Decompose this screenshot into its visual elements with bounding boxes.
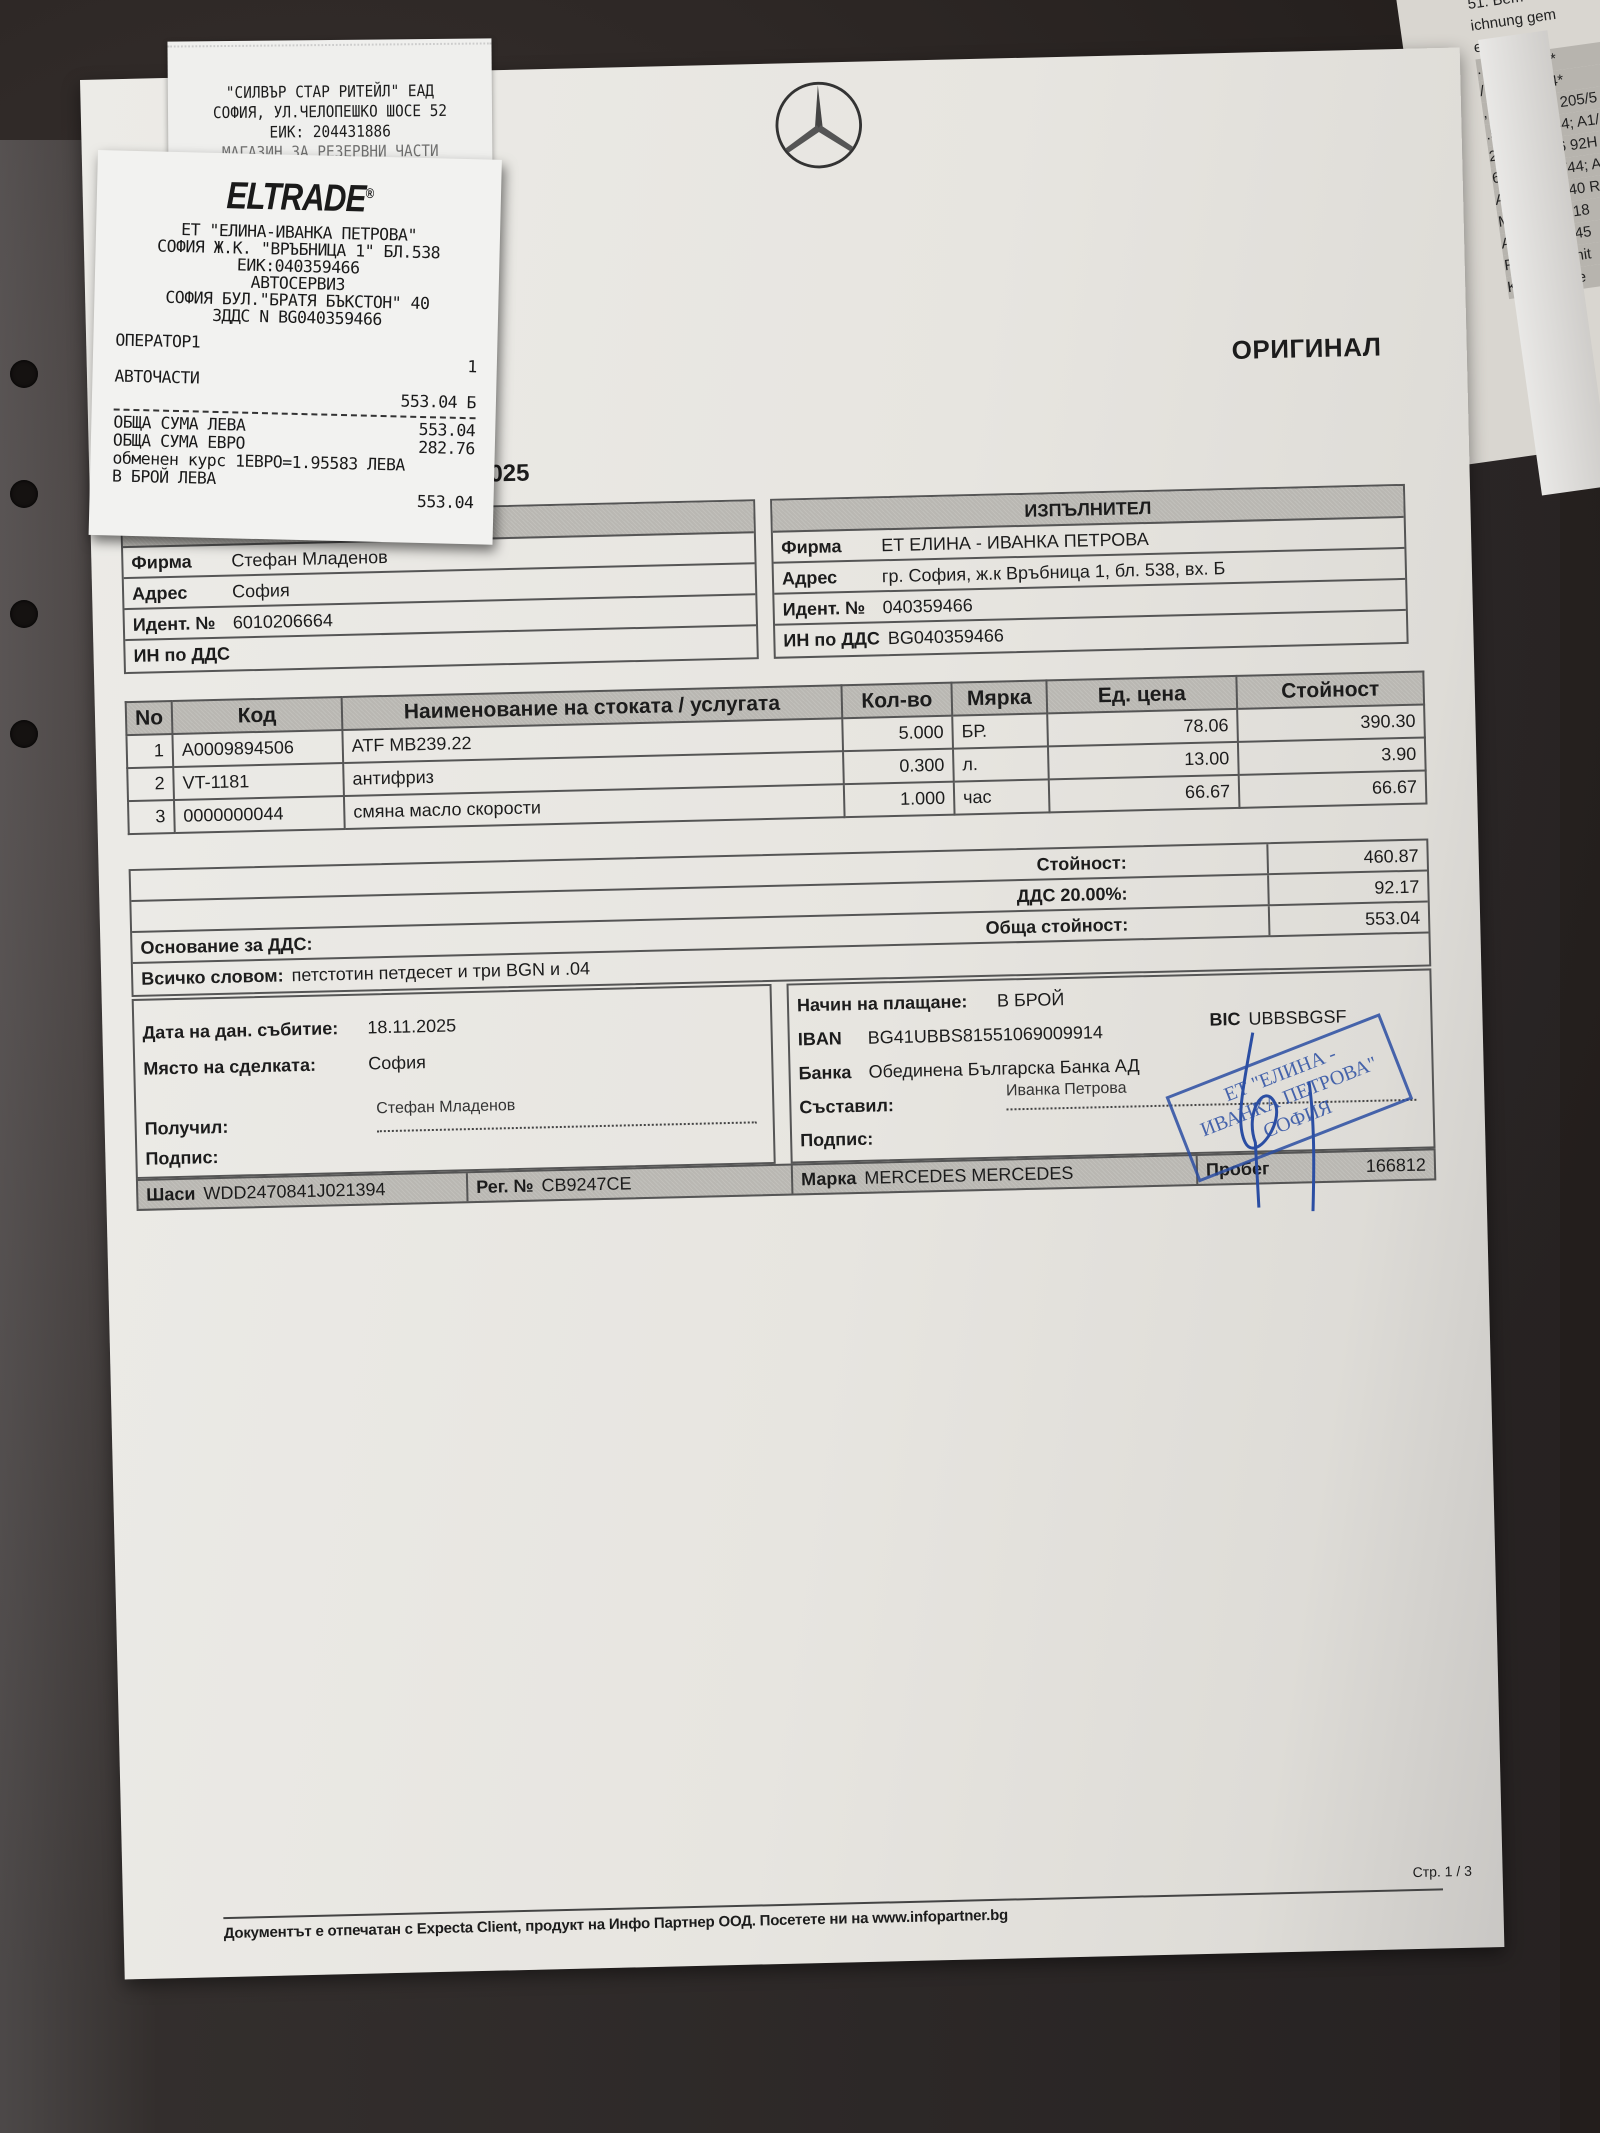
iban-value: BG41UBBS81551069009914 bbox=[868, 1022, 1104, 1048]
make-label: Марка bbox=[801, 1168, 857, 1189]
receipt-back-line: СОФИЯ, УЛ.ЧЕЛОПЕШКО ШОСЕ 52 bbox=[168, 100, 492, 123]
signature-label-text: Подпис: bbox=[145, 1147, 219, 1170]
mercedes-star-icon bbox=[770, 77, 867, 174]
item-total: 3.90 bbox=[1238, 737, 1426, 774]
item-code: VT-1181 bbox=[173, 763, 344, 800]
items-table: No Код Наименование на стоката / услугат… bbox=[125, 670, 1428, 835]
printed-by-note: Документът е отпечатан с Expecta Client,… bbox=[224, 1907, 1009, 1942]
field-label: Идент. № bbox=[132, 608, 233, 641]
item-amount: 553.04 Б bbox=[400, 392, 476, 412]
item-no: 2 bbox=[127, 767, 174, 801]
receipt-perforation bbox=[167, 38, 491, 47]
in-words-value: петстотин петдесет и три BGN и .04 bbox=[291, 958, 590, 985]
receipt-brand-logo: ELTRADE® bbox=[151, 173, 449, 223]
col-unit: Мярка bbox=[951, 680, 1047, 715]
field-label: Фирма bbox=[131, 546, 232, 579]
item-name: АВТОЧАСТИ bbox=[114, 367, 199, 387]
item-no: 1 bbox=[126, 734, 173, 768]
item-no: 3 bbox=[128, 800, 175, 834]
tax-date-value: 18.11.2025 bbox=[367, 1015, 456, 1037]
bank-value: Обединена Българска Банка АД bbox=[868, 1055, 1139, 1081]
field-label: Адрес bbox=[782, 561, 883, 594]
recipient-company: Стефан Младенов bbox=[231, 547, 388, 571]
bank-label: Банка bbox=[798, 1062, 868, 1085]
item-unit: л. bbox=[953, 746, 1049, 781]
compiled-label-text: Съставил: bbox=[799, 1095, 894, 1118]
item-price: 66.67 bbox=[1049, 775, 1240, 812]
in-words-label: Всичко словом: bbox=[141, 965, 284, 988]
item-price: 78.06 bbox=[1047, 709, 1238, 746]
item-unit: час bbox=[954, 779, 1050, 814]
field-label: Адрес bbox=[132, 577, 233, 610]
item-qty: 0.300 bbox=[843, 749, 954, 785]
punch-hole bbox=[10, 480, 38, 508]
registered-mark: ® bbox=[366, 185, 374, 201]
item-qty: 5.000 bbox=[842, 716, 953, 752]
col-no: No bbox=[126, 701, 173, 735]
item-qty: 1.000 bbox=[844, 782, 955, 818]
supplier-id: 040359466 bbox=[882, 595, 973, 617]
compiled-by-value: Иванка Петрова bbox=[1006, 1080, 1127, 1101]
item-total: 390.30 bbox=[1237, 705, 1425, 742]
punch-holes bbox=[10, 360, 50, 1660]
signature-label-text: Подпис: bbox=[800, 1129, 874, 1152]
supplier-signature-label: Подпис: bbox=[800, 1129, 874, 1152]
received-by-value: Стефан Младенов bbox=[376, 1097, 515, 1118]
total-eur-value: 282.76 bbox=[418, 439, 475, 458]
cash-value: 553.04 bbox=[417, 493, 474, 512]
fiscal-receipt: ELTRADE® ЕТ "ЕЛИНА-ИВАНКА ПЕТРОВА" СОФИЯ… bbox=[89, 150, 502, 545]
received-label: Получил: bbox=[144, 1117, 228, 1140]
item-code: A0009894506 bbox=[172, 730, 343, 767]
recipient-id: 6010206664 bbox=[233, 610, 334, 632]
page-indicator: Стр. 1 / 3 bbox=[1412, 1863, 1472, 1880]
chassis-field: ШасиWDD2470841J021394 bbox=[138, 1173, 469, 1209]
compiled-label: Съставил: bbox=[799, 1095, 894, 1118]
grand-total-label: Обща стойност: bbox=[968, 906, 1269, 942]
received-label-text: Получил: bbox=[144, 1117, 228, 1140]
chassis-label: Шаси bbox=[146, 1184, 196, 1205]
grand-total-value: 553.04 bbox=[1268, 902, 1429, 935]
supplier-address: гр. София, ж.к Връбница 1, бл. 538, вх. … bbox=[882, 558, 1226, 586]
col-price: Ед. цена bbox=[1046, 676, 1237, 713]
place-label: Място на сделката: bbox=[143, 1053, 368, 1079]
supplier-block: ИЗПЪЛНИТЕЛ ФирмаЕТ ЕЛИНА - ИВАНКА ПЕТРОВ… bbox=[770, 484, 1409, 659]
item-code: 0000000044 bbox=[174, 796, 345, 833]
reg-value: CB9247CE bbox=[541, 1173, 632, 1195]
field-label: Идент. № bbox=[782, 592, 883, 625]
field-label: Фирма bbox=[781, 530, 882, 563]
handwritten-signature-icon bbox=[1213, 1020, 1357, 1213]
place-value: София bbox=[368, 1052, 426, 1073]
payment-method-label: Начин на плащане: bbox=[797, 991, 997, 1017]
place-field: Място на сделката:София bbox=[143, 1052, 426, 1080]
col-code: Код bbox=[172, 697, 343, 734]
operator-number: 1 bbox=[467, 358, 477, 376]
field-label: ИН по ДДС bbox=[133, 639, 230, 672]
transaction-details-box: Дата на дан. събитие:18.11.2025 Място на… bbox=[132, 984, 776, 1179]
document-title-fragment: 025 bbox=[489, 460, 530, 489]
item-price: 13.00 bbox=[1048, 742, 1239, 779]
brand-text: ELTRADE bbox=[226, 175, 366, 220]
received-signature-line bbox=[377, 1121, 757, 1132]
mileage-value: 166812 bbox=[1366, 1151, 1427, 1180]
punch-hole bbox=[10, 360, 38, 388]
col-qty: Кол-во bbox=[841, 683, 952, 719]
vat-basis-label: Основание за ДДС: bbox=[140, 934, 312, 958]
reg-label: Рег. № bbox=[476, 1176, 534, 1197]
vat-value: 92.17 bbox=[1267, 871, 1428, 904]
punch-hole bbox=[10, 720, 38, 748]
operator-name: ОПЕРАТОР1 bbox=[115, 331, 200, 351]
col-total: Стойност bbox=[1236, 672, 1424, 709]
recipient-signature-label: Подпис: bbox=[145, 1147, 219, 1170]
payment-method-value: В БРОЙ bbox=[997, 989, 1065, 1011]
punch-hole bbox=[10, 600, 38, 628]
reg-field: Рег. №CB9247CE bbox=[468, 1166, 794, 1202]
make-field: МаркаMERCEDES MERCEDES bbox=[793, 1156, 1199, 1194]
cash-label: В БРОЙ ЛЕВА bbox=[112, 467, 216, 488]
payment-method-field: Начин на плащане:В БРОЙ bbox=[797, 989, 1065, 1016]
recipient-address: София bbox=[232, 580, 290, 601]
supplier-vat: BG040359466 bbox=[888, 625, 1005, 648]
chassis-value: WDD2470841J021394 bbox=[203, 1179, 386, 1203]
supplier-company: ЕТ ЕЛИНА - ИВАНКА ПЕТРОВА bbox=[881, 529, 1149, 555]
tax-date-field: Дата на дан. събитие:18.11.2025 bbox=[142, 1015, 456, 1043]
iban-field: IBANBG41UBBS81551069009914 bbox=[798, 1022, 1104, 1050]
field-label: ИН по ДДС bbox=[783, 623, 880, 656]
make-value: MERCEDES MERCEDES bbox=[864, 1163, 1073, 1188]
copy-label: ОРИГИНАЛ bbox=[1231, 331, 1381, 366]
iban-label: IBAN bbox=[798, 1028, 868, 1051]
subtotal-value: 460.87 bbox=[1266, 840, 1427, 873]
tax-date-label: Дата на дан. събитие: bbox=[142, 1017, 367, 1043]
item-total: 66.67 bbox=[1239, 770, 1427, 807]
item-unit: БР. bbox=[952, 713, 1048, 748]
